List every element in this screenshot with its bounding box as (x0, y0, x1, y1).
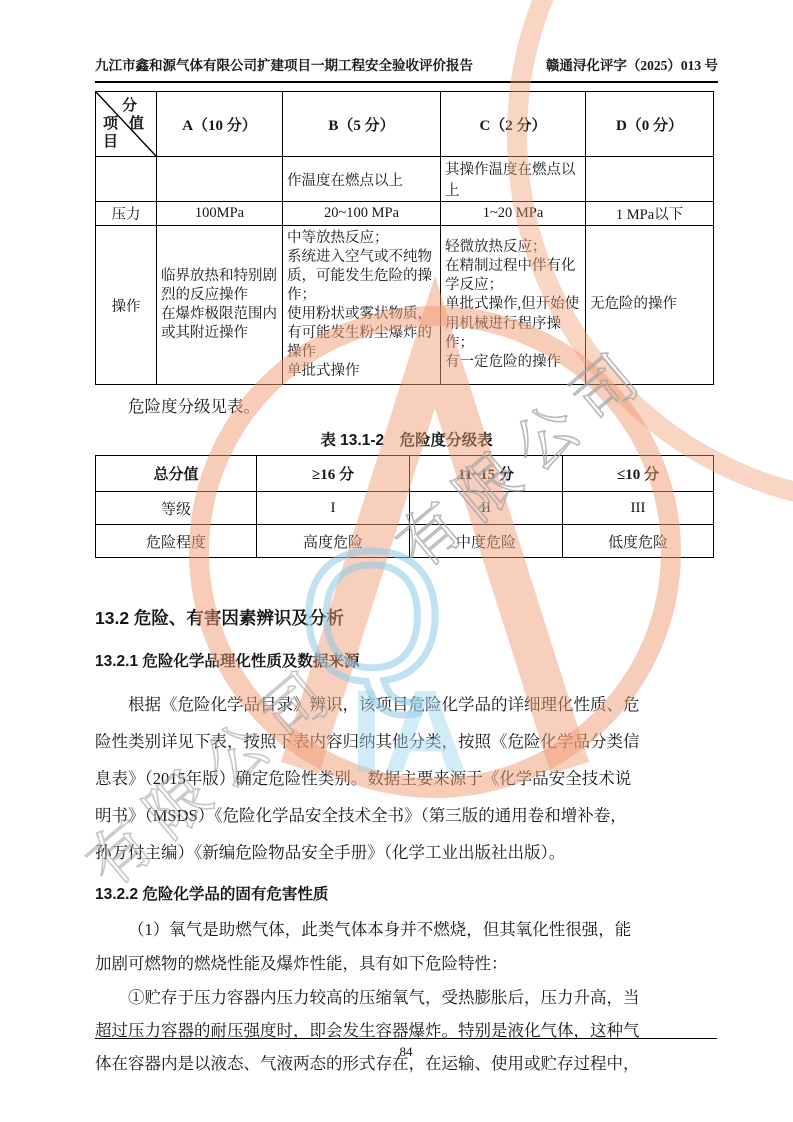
degree-low: 低度危险 (563, 525, 714, 558)
table-caption: 表 13.1-2 危险度分级表 (95, 428, 718, 450)
header-doc-number: 赣通浔化评字（2025）013 号 (546, 56, 718, 76)
cell-a: 100MPa (157, 202, 283, 226)
report-page: 九江市鑫和源气体有限公司扩建项目一期工程安全验收评价报告 赣通浔化评字（2025… (0, 0, 793, 1122)
cell-d: 1 MPa以下 (586, 202, 714, 226)
grading-range-low: ≤10 分 (563, 456, 714, 492)
risk-scoring-table: 分 值 项 目 A（10 分） B（5 分） C（2 分） D（0 分） 作温度… (95, 91, 714, 385)
cell-b: 作温度在燃点以上 (283, 157, 441, 202)
level-1: I (257, 492, 410, 525)
section-heading-13-2: 13.2 危险、有害因素辨识及分析 (95, 604, 718, 632)
page-number: 84 (400, 1044, 413, 1059)
grading-range-high: ≥16 分 (257, 456, 410, 492)
page-footer: 84 (95, 1038, 717, 1060)
cell-c: 其操作温度在燃点以上 (441, 157, 586, 202)
table-row-operation: 操作 临界放热和特别剧烈的反应操作 在爆炸极限范围内或其附近操作 中等放热反应；… (96, 226, 714, 385)
cell-d: 无危险的操作 (586, 226, 714, 385)
grading-range-mid: 11~15 分 (410, 456, 563, 492)
grading-label-level: 等级 (96, 492, 257, 525)
col-header-c: C（2 分） (441, 92, 586, 157)
row-label: 压力 (96, 202, 157, 226)
level-2: II (410, 492, 563, 525)
grading-label-degree: 危险程度 (96, 525, 257, 558)
col-header-b: B（5 分） (283, 92, 441, 157)
cell-a (157, 157, 283, 202)
risk-grading-table: 总分值 ≥16 分 11~15 分 ≤10 分 等级 I II III 危险程度… (95, 455, 714, 558)
lead-sentence: 危险度分级见表。 (95, 395, 718, 419)
table-row: 作温度在燃点以上 其操作温度在燃点以上 (96, 157, 714, 202)
cell-c: 1~20 MPa (441, 202, 586, 226)
grading-label-total: 总分值 (96, 456, 257, 492)
page-content: 九江市鑫和源气体有限公司扩建项目一期工程安全验收评价报告 赣通浔化评字（2025… (0, 0, 793, 1122)
grading-header-row: 总分值 ≥16 分 11~15 分 ≤10 分 (96, 456, 714, 492)
corner-label-item2: 目 (103, 130, 118, 151)
paragraph-oxygen-intro: （1）氧气是助燃气体，此类气体本身并不燃烧，但其氧化性很强，能 加剧可燃物的燃烧… (95, 913, 718, 981)
grading-level-row: 等级 I II III (96, 492, 714, 525)
cell-c: 轻微放热反应； 在精制过程中伴有化学反应； 单批式操作,但开始使用机械进行程序操… (441, 226, 586, 385)
row-label (96, 157, 157, 202)
grading-degree-row: 危险程度 高度危险 中度危险 低度危险 (96, 525, 714, 558)
running-header: 九江市鑫和源气体有限公司扩建项目一期工程安全验收评价报告 赣通浔化评字（2025… (95, 56, 718, 83)
degree-high: 高度危险 (257, 525, 410, 558)
level-3: III (563, 492, 714, 525)
cell-d (586, 157, 714, 202)
table-header-row: 分 值 项 目 A（10 分） B（5 分） C（2 分） D（0 分） (96, 92, 714, 157)
paragraph-data-sources: 根据《危险化学品目录》辨识，该项目危险化学品的详细理化性质、危 险性类别详见下表… (95, 686, 718, 871)
corner-label-score2: 值 (129, 112, 144, 133)
section-heading-13-2-1: 13.2.1 危险化学品理化性质及数据来源 (95, 650, 718, 674)
table-row-pressure: 压力 100MPa 20~100 MPa 1~20 MPa 1 MPa以下 (96, 202, 714, 226)
cell-b: 20~100 MPa (283, 202, 441, 226)
header-report-title: 九江市鑫和源气体有限公司扩建项目一期工程安全验收评价报告 (95, 56, 473, 76)
diagonal-corner-cell: 分 值 项 目 (96, 92, 157, 157)
paragraph-oxygen-detail: ①贮存于压力容器内压力较高的压缩氧气，受热膨胀后，压力升高，当 超过压力容器的耐… (95, 981, 718, 1080)
degree-mid: 中度危险 (410, 525, 563, 558)
row-label: 操作 (96, 226, 157, 385)
col-header-d: D（0 分） (586, 92, 714, 157)
cell-b: 中等放热反应； 系统进入空气或不纯物质，可能发生危险的操作； 使用粉状或雾状物质… (283, 226, 441, 385)
col-header-a: A（10 分） (157, 92, 283, 157)
cell-a: 临界放热和特别剧烈的反应操作 在爆炸极限范围内或其附近操作 (157, 226, 283, 385)
section-heading-13-2-2: 13.2.2 危险化学品的固有危害性质 (95, 883, 718, 907)
